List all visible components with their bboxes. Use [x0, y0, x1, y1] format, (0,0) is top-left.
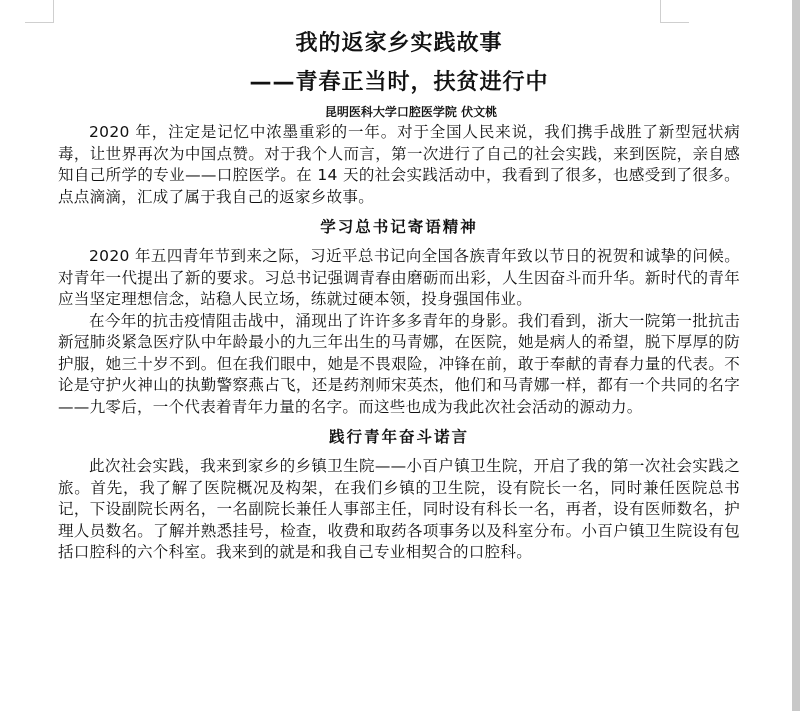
page-crop-mark-top-left — [25, 0, 54, 23]
author-line: 昆明医科大学口腔医学院 伏文桃 — [58, 102, 740, 122]
section-paragraph: 此次社会实践，我来到家乡的乡镇卫生院——小百户镇卫生院，开启了我的第一次社会实践… — [58, 456, 740, 564]
section-paragraph: 2020 年五四青年节到来之际，习近平总书记向全国各族青年致以节日的祝贺和诚挚的… — [58, 246, 740, 311]
document-page: 我的返家乡实践故事 ——青春正当时，扶贫进行中 昆明医科大学口腔医学院 伏文桃 … — [58, 28, 740, 564]
document-subtitle: ——青春正当时，扶贫进行中 — [58, 66, 740, 100]
page-crop-mark-top-right — [660, 0, 689, 23]
document-title: 我的返家乡实践故事 — [58, 28, 740, 60]
scrollbar-track[interactable] — [792, 0, 800, 711]
intro-paragraph: 2020 年，注定是记忆中浓墨重彩的一年。对于全国人民来说，我们携手战胜了新型冠… — [58, 122, 740, 208]
section-heading: 学习总书记寄语精神 — [58, 216, 740, 238]
section-paragraph: 在今年的抗击疫情阻击战中，涌现出了许许多多青年的身影。我们看到，浙大一院第一批抗… — [58, 311, 740, 419]
section-heading: 践行青年奋斗诺言 — [58, 426, 740, 448]
